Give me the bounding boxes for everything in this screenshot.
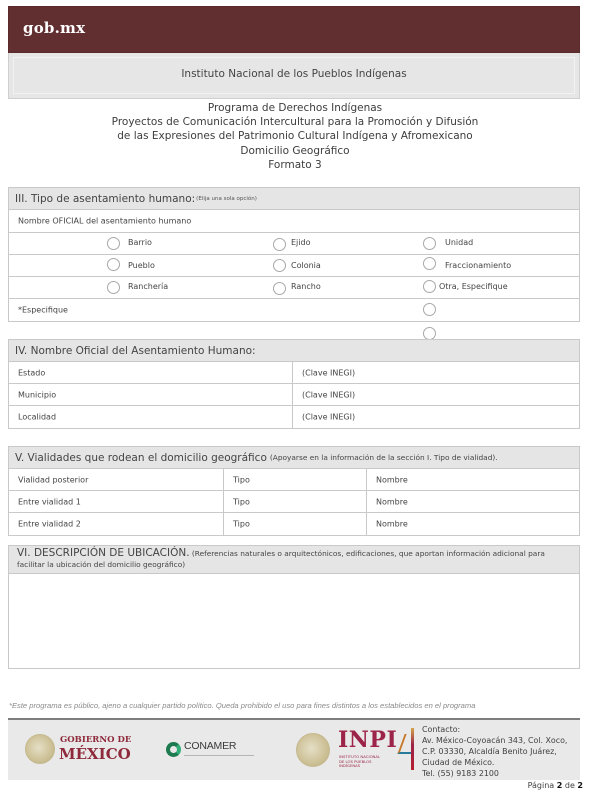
options-row: Ranchería Rancho Otra, Especifique bbox=[9, 277, 579, 299]
option-label: Rancho bbox=[291, 282, 321, 291]
radio-extra[interactable] bbox=[423, 303, 436, 316]
road-type-field[interactable]: Tipo bbox=[233, 520, 250, 529]
option-label: Barrio bbox=[128, 238, 152, 247]
radio-otra-especifique[interactable] bbox=[423, 280, 436, 293]
radio-pueblo[interactable] bbox=[107, 258, 120, 271]
section-3-header: III. Tipo de asentamiento humano:(Elija … bbox=[9, 188, 579, 210]
section-3-title: III. Tipo de asentamiento humano: bbox=[15, 193, 195, 205]
gob-mx-header: gob.mx bbox=[8, 6, 580, 53]
contact-line: Ciudad de México. bbox=[422, 757, 567, 768]
inpi-logo-text: INPI bbox=[338, 727, 397, 753]
column-divider bbox=[223, 491, 224, 512]
section-5-title: V. Vialidades que rodean el domicilio ge… bbox=[15, 452, 267, 464]
localidad-label: Localidad bbox=[18, 413, 56, 422]
road-label: Entre vialidad 2 bbox=[18, 520, 81, 529]
radio-ejido[interactable] bbox=[273, 238, 286, 251]
table-row: Entre vialidad 2 Tipo Nombre bbox=[9, 513, 579, 535]
gob-mx-logo[interactable]: gob.mx bbox=[23, 19, 85, 37]
official-name-label: Nombre OFICIAL del asentamiento humano bbox=[18, 217, 191, 226]
contact-phone: Tel. (55) 9183 2100 bbox=[422, 768, 567, 779]
mexico-text: MÉXICO bbox=[59, 745, 131, 763]
option-label: Unidad bbox=[445, 238, 473, 247]
column-divider bbox=[292, 362, 293, 383]
official-name-row[interactable]: Nombre OFICIAL del asentamiento humano bbox=[9, 210, 579, 233]
localidad-inegi-field[interactable]: (Clave INEGI) bbox=[302, 413, 355, 422]
option-label: Pueblo bbox=[128, 261, 155, 270]
option-label: Ranchería bbox=[128, 282, 168, 291]
conamer-text: CONAMER bbox=[184, 740, 236, 752]
table-row: Estado (Clave INEGI) bbox=[9, 362, 579, 384]
radio-rancheria[interactable] bbox=[107, 281, 120, 294]
column-divider bbox=[292, 406, 293, 428]
road-label: Vialidad posterior bbox=[18, 475, 88, 484]
section-6-header: VI. DESCRIPCIÓN DE UBICACIÓN. (Referenci… bbox=[8, 545, 580, 574]
estado-inegi-field[interactable]: (Clave INEGI) bbox=[302, 368, 355, 377]
column-divider bbox=[223, 469, 224, 490]
inpi-subtitle-line: Indígenas bbox=[339, 764, 380, 769]
road-name-field[interactable]: Nombre bbox=[376, 497, 408, 506]
page-prefix: Página bbox=[528, 781, 555, 790]
contact-info: Contacto: Av. México-Coyoacán 343, Col. … bbox=[422, 724, 567, 779]
gobierno-de-text: GOBIERNO DE bbox=[60, 735, 131, 745]
section-4-title: IV. Nombre Oficial del Asentamiento Huma… bbox=[15, 345, 256, 357]
mexico-seal-icon bbox=[296, 733, 330, 767]
page-number: Página 2 de 2 bbox=[0, 781, 583, 790]
municipio-label: Municipio bbox=[18, 390, 56, 399]
column-divider bbox=[366, 469, 367, 490]
page-current: 2 bbox=[557, 781, 563, 790]
road-type-field[interactable]: Tipo bbox=[233, 497, 250, 506]
table-row: Vialidad posterior Tipo Nombre bbox=[9, 469, 579, 491]
radio-fraccionamiento[interactable] bbox=[423, 257, 436, 270]
section-5-note: (Apoyarse en la información de la secció… bbox=[270, 453, 498, 462]
inpi-staff-icon bbox=[411, 728, 414, 770]
contact-line: Av. México-Coyoacán 343, Col. Xoco, bbox=[422, 735, 567, 746]
section-5-roads: V. Vialidades que rodean el domicilio ge… bbox=[8, 446, 580, 536]
institute-name: Instituto Nacional de los Pueblos Indíge… bbox=[9, 68, 579, 80]
program-line: Programa de Derechos Indígenas bbox=[0, 101, 590, 115]
column-divider bbox=[366, 491, 367, 512]
road-name-field[interactable]: Nombre bbox=[376, 475, 408, 484]
page-separator: de bbox=[565, 781, 575, 790]
table-row: Entre vialidad 1 Tipo Nombre bbox=[9, 491, 579, 513]
table-row: Municipio (Clave INEGI) bbox=[9, 384, 579, 406]
options-row: Barrio Ejido Unidad bbox=[9, 233, 579, 255]
radio-colonia[interactable] bbox=[273, 259, 286, 272]
estado-label: Estado bbox=[18, 368, 45, 377]
radio-barrio[interactable] bbox=[107, 237, 120, 250]
radio-rancho[interactable] bbox=[273, 282, 286, 295]
section-4-official-name: IV. Nombre Oficial del Asentamiento Huma… bbox=[8, 339, 580, 429]
section-4-header: IV. Nombre Oficial del Asentamiento Huma… bbox=[9, 340, 579, 362]
program-title-block: Programa de Derechos Indígenas Proyectos… bbox=[0, 101, 590, 172]
location-description-input[interactable] bbox=[8, 573, 580, 669]
program-line: Proyectos de Comunicación Intercultural … bbox=[0, 115, 590, 129]
table-row: Localidad (Clave INEGI) bbox=[9, 406, 579, 428]
program-line: de las Expresiones del Patrimonio Cultur… bbox=[0, 129, 590, 143]
footer: GOBIERNO DE MÉXICO CONAMER INPI Institut… bbox=[8, 720, 580, 780]
specify-row[interactable]: *Especifique bbox=[9, 299, 579, 321]
section-6-title: VI. DESCRIPCIÓN DE UBICACIÓN. bbox=[17, 547, 190, 559]
institute-bar: Instituto Nacional de los Pueblos Indíge… bbox=[8, 53, 580, 99]
program-line: Formato 3 bbox=[0, 158, 590, 172]
page-total: 2 bbox=[577, 781, 583, 790]
option-label: Fraccionamiento bbox=[445, 261, 511, 270]
conamer-subtitle-line bbox=[184, 755, 254, 756]
mexico-seal-icon bbox=[25, 734, 55, 764]
road-label: Entre vialidad 1 bbox=[18, 497, 81, 506]
disclaimer: *Este programa es público, ajeno a cualq… bbox=[9, 701, 475, 710]
municipio-inegi-field[interactable]: (Clave INEGI) bbox=[302, 390, 355, 399]
column-divider bbox=[292, 384, 293, 405]
road-type-field[interactable]: Tipo bbox=[233, 475, 250, 484]
column-divider bbox=[223, 513, 224, 535]
specify-label: *Especifique bbox=[18, 306, 68, 315]
contact-line: C.P. 03330, Alcaldía Benito Juárez, bbox=[422, 746, 567, 757]
conamer-logo-icon bbox=[166, 742, 181, 757]
inpi-subtitle: Instituto Nacional de los Pueblos Indíge… bbox=[339, 755, 380, 769]
contact-heading: Contacto: bbox=[422, 724, 567, 735]
inpi-feather-icon bbox=[397, 734, 418, 754]
option-label: Ejido bbox=[291, 238, 310, 247]
section-3-hint: (Elija una sola opción) bbox=[196, 196, 257, 202]
option-label: Otra, Especifique bbox=[439, 282, 508, 291]
options-row: Pueblo Colonia Fraccionamiento bbox=[9, 255, 579, 277]
column-divider bbox=[366, 513, 367, 535]
road-name-field[interactable]: Nombre bbox=[376, 520, 408, 529]
program-line: Domicilio Geográfico bbox=[0, 144, 590, 158]
radio-unidad[interactable] bbox=[423, 237, 436, 250]
option-label: Colonia bbox=[291, 261, 321, 270]
section-3-settlement-type: III. Tipo de asentamiento humano:(Elija … bbox=[8, 187, 580, 322]
section-5-header: V. Vialidades que rodean el domicilio ge… bbox=[9, 447, 579, 469]
